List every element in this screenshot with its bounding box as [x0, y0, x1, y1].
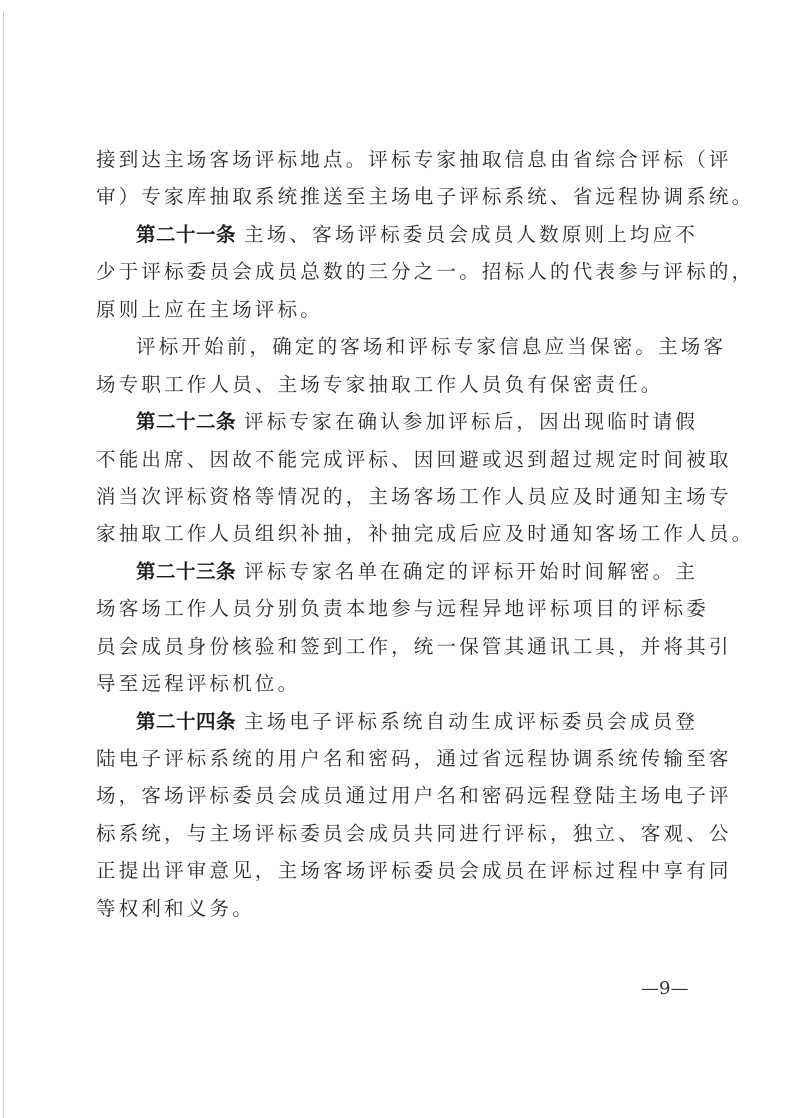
line-text: 场专职工作人员、主场专家抽取工作人员负有保密责任。: [96, 373, 664, 396]
text-line: 标系统，与主场评标委员会成员共同进行评标，独立、客观、公: [96, 815, 696, 852]
article-24-heading-line: 第二十四条主场电子评标系统自动生成评标委员会成员登: [96, 703, 696, 740]
text-line: 家抽取工作人员组织补抽，补抽完成后应及时通知客场工作人员。: [96, 515, 696, 552]
line-text: 审）专家库抽取系统推送至主场电子评标系统、省远程协调系统。: [96, 185, 754, 208]
line-text: 场客场工作人员分别负责本地参与远程异地评标项目的评标委: [96, 597, 709, 620]
text-line: 导至远程评标机位。: [96, 665, 696, 702]
document-body: 接到达主场客场评标地点。评标专家抽取信息由省综合评标（评 审）专家库抽取系统推送…: [96, 141, 696, 927]
line-text: 原则上应在主场评标。: [96, 298, 323, 321]
line-text: 评标专家名单在确定的评标开始时间解密。主: [244, 560, 698, 583]
text-line: 场客场工作人员分别负责本地参与远程异地评标项目的评标委: [96, 590, 696, 627]
text-line: 原则上应在主场评标。: [96, 291, 696, 328]
article-22-heading-line: 第二十二条评标专家在确认参加评标后，因出现临时请假: [96, 403, 696, 440]
line-text: 导至远程评标机位。: [96, 672, 300, 695]
line-text: 消当次评标资格等情况的，主场客场工作人员应及时通知主场专: [96, 485, 732, 508]
line-text: 标系统，与主场评标委员会成员共同进行评标，独立、客观、公: [96, 822, 732, 845]
line-text: 正提出评审意见，主场客场评标委员会成员在评标过程中享有同: [96, 859, 732, 882]
article-number: 第二十三条: [136, 560, 236, 583]
line-text: 评标专家在确认参加评标后，因出现临时请假: [244, 410, 698, 433]
article-number: 第二十一条: [136, 223, 236, 246]
text-line: 消当次评标资格等情况的，主场客场工作人员应及时通知主场专: [96, 478, 696, 515]
text-line: 审）专家库抽取系统推送至主场电子评标系统、省远程协调系统。: [96, 178, 696, 215]
text-line: 接到达主场客场评标地点。评标专家抽取信息由省综合评标（评: [96, 141, 696, 178]
text-line: 正提出评审意见，主场客场评标委员会成员在评标过程中享有同: [96, 852, 696, 889]
article-number: 第二十二条: [136, 410, 236, 433]
text-line: 不能出席、因故不能完成评标、因回避或迟到超过规定时间被取: [96, 441, 696, 478]
article-21-heading-line: 第二十一条主场、客场评标委员会成员人数原则上均应不: [96, 216, 696, 253]
text-line: 场专职工作人员、主场专家抽取工作人员负有保密责任。: [96, 366, 696, 403]
text-line: 等权利和义务。: [96, 890, 696, 927]
text-line: 员会成员身份核验和签到工作，统一保管其通讯工具，并将其引: [96, 628, 696, 665]
line-text: 场，客场评标委员会成员通过用户名和密码远程登陆主场电子评: [96, 784, 732, 807]
line-text: 不能出席、因故不能完成评标、因回避或迟到超过规定时间被取: [96, 448, 732, 471]
text-line: 陆电子评标系统的用户名和密码，通过省远程协调系统传输至客: [96, 740, 696, 777]
line-text: 少于评标委员会成员总数的三分之一。招标人的代表参与评标的，: [96, 260, 754, 283]
text-line: 场，客场评标委员会成员通过用户名和密码远程登陆主场电子评: [96, 777, 696, 814]
line-text: 家抽取工作人员组织补抽，补抽完成后应及时通知客场工作人员。: [96, 522, 754, 545]
line-text: 主场电子评标系统自动生成评标委员会成员登: [244, 710, 698, 733]
line-text: 陆电子评标系统的用户名和密码，通过省远程协调系统传输至客: [96, 747, 732, 770]
line-text: 等权利和义务。: [96, 897, 255, 920]
line-text: 评标开始前，确定的客场和评标专家信息应当保密。主场客: [136, 335, 726, 358]
article-23-heading-line: 第二十三条评标专家名单在确定的评标开始时间解密。主: [96, 553, 696, 590]
line-text: 员会成员身份核验和签到工作，统一保管其通讯工具，并将其引: [96, 635, 732, 658]
paragraph-start-line: 评标开始前，确定的客场和评标专家信息应当保密。主场客: [96, 328, 696, 365]
article-number: 第二十四条: [136, 710, 236, 733]
text-line: 少于评标委员会成员总数的三分之一。招标人的代表参与评标的，: [96, 253, 696, 290]
line-text: 主场、客场评标委员会成员人数原则上均应不: [244, 223, 698, 246]
page-edge-line: [3, 12, 4, 1118]
page-number: —9—: [641, 978, 688, 999]
line-text: 接到达主场客场评标地点。评标专家抽取信息由省综合评标（评: [96, 148, 732, 171]
